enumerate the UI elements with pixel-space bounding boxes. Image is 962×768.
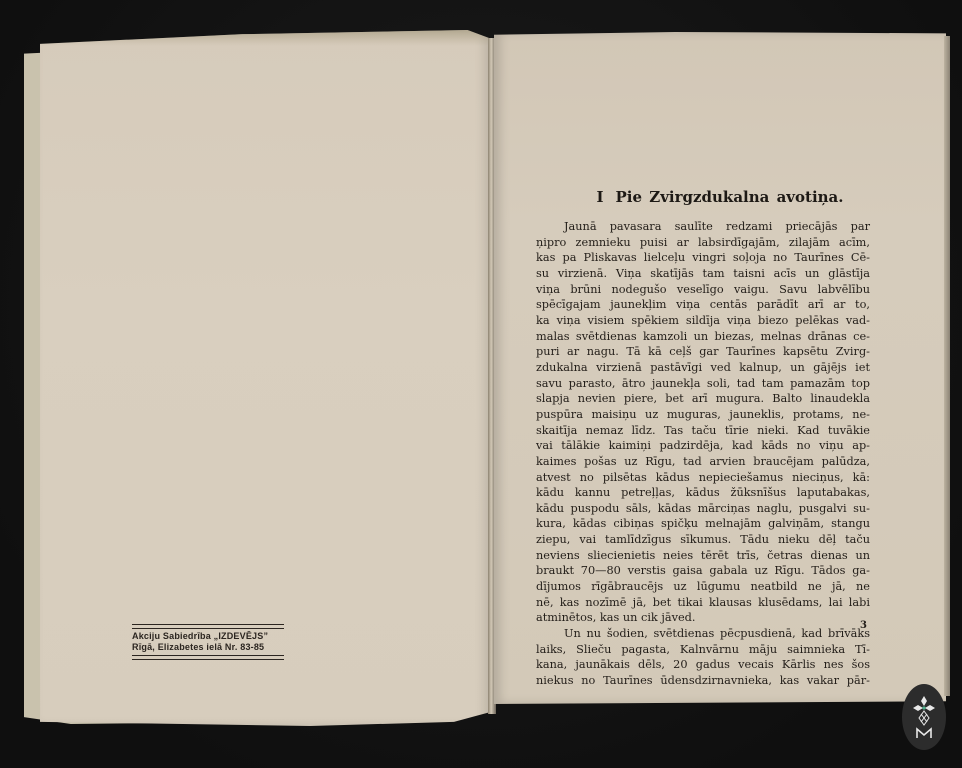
watermark-badge (902, 684, 946, 750)
page-edge-stain (40, 30, 490, 46)
text-line: niekus no Taurīnes ūdensdzirnavnieka, ka… (536, 673, 870, 689)
imprint-bottom-rule (132, 655, 284, 660)
text-line: laiks, Slieču pagasta, Kalnvārnu māju sa… (536, 642, 870, 658)
folk-ornament-logo-icon (909, 692, 939, 742)
text-line: neviens sliecienietis neies tērēt trīs, … (536, 548, 870, 564)
text-line: braukt 70—80 verstis gaisa gabala uz Rīg… (536, 563, 870, 579)
text-line: skaitīja nemaz līdz. Tas taču tīrie niek… (536, 423, 870, 439)
text-line: viņa brūni nodegušo veselīgo vaigu. Savu… (536, 282, 870, 298)
left-page: Akciju Sabiedrība „IZDEVĒJS” Rīgā, Eliza… (40, 30, 490, 726)
text-line: Jaunā pavasara saulīte redzami priecājās… (536, 219, 870, 235)
text-line: dījumos rīgābraucējs uz lūgumu neatbild … (536, 579, 870, 595)
text-line: kaimes pošas uz Rīgu, tad arvien braucēj… (536, 454, 870, 470)
text-line: zdukalna virzienā pastāvīgi ved kalnup, … (536, 360, 870, 376)
text-line: Un nu šodien, svētdienas pēcpusdienā, ka… (536, 626, 870, 642)
photo-background: Akciju Sabiedrība „IZDEVĒJS” Rīgā, Eliza… (0, 0, 962, 768)
text-line: kas pa Pliskavas lielceļu vingri soļoja … (536, 250, 870, 266)
imprint-top-rule (132, 624, 284, 629)
chapter-body-text: Jaunā pavasara saulīte redzami priecājās… (536, 219, 870, 689)
text-line: vai tālākie kaimiņi padzirdēja, kad kāds… (536, 438, 870, 454)
chapter-title: Pie Zvirgzdukalna avotiņa. (616, 188, 844, 206)
right-page: IPie Zvirgzdukalna avotiņa. Jaunā pavasa… (494, 32, 946, 704)
chapter-heading: IPie Zvirgzdukalna avotiņa. (494, 188, 946, 206)
imprint-line-2: Rīgā, Elizabetes ielā Nr. 83-85 (132, 642, 284, 653)
text-line: spēcīgajam jaunekļim viņa centās parādīt… (536, 297, 870, 313)
publisher-imprint: Akciju Sabiedrība „IZDEVĒJS” Rīgā, Eliza… (132, 622, 284, 662)
text-line: kādu kannu petreļļas, kādus žūksnīšus la… (536, 485, 870, 501)
text-line: su virzienā. Viņa skatījās tam taisni ac… (536, 266, 870, 282)
text-line: ņipro zemnieku puisi ar labsirdīgajām, z… (536, 235, 870, 251)
text-line: nē, kas nozīmē jā, bet tikai klausas klu… (536, 595, 870, 611)
page-number: 3 (860, 620, 867, 631)
text-line: slapja nevien piere, bet arī mugura. Bal… (536, 391, 870, 407)
text-line: atminētos, kas un cik jāved. (536, 610, 870, 626)
imprint-line-1: Akciju Sabiedrība „IZDEVĒJS” (132, 631, 284, 642)
text-line: kādu puspodu sāls, kādas mārciņas naglu,… (536, 501, 870, 517)
text-line: kana, jaunākais dēls, 20 gadus vecais Kā… (536, 657, 870, 673)
chapter-number: I (596, 188, 603, 206)
page-block-edge (944, 36, 950, 696)
text-line: puspūra maisiņu uz muguras, jauneklis, p… (536, 407, 870, 423)
text-line: ka viņa visiem spēkiem sildīja viņa biez… (536, 313, 870, 329)
text-line: savu parasto, ātro jaunekļa soli, tad ta… (536, 376, 870, 392)
text-line: atvest no pilsētas kādus nepieciešamus n… (536, 470, 870, 486)
text-line: malas svētdienas kamzoli un biezas, meln… (536, 329, 870, 345)
text-line: kura, kādas cibiņas spičķu melnajām galv… (536, 516, 870, 532)
text-line: ziepu, vai tamlīdzīgus sīkumus. Tādu nie… (536, 532, 870, 548)
text-line: puri ar nagu. Tā kā ceļš gar Taurīnes ka… (536, 344, 870, 360)
